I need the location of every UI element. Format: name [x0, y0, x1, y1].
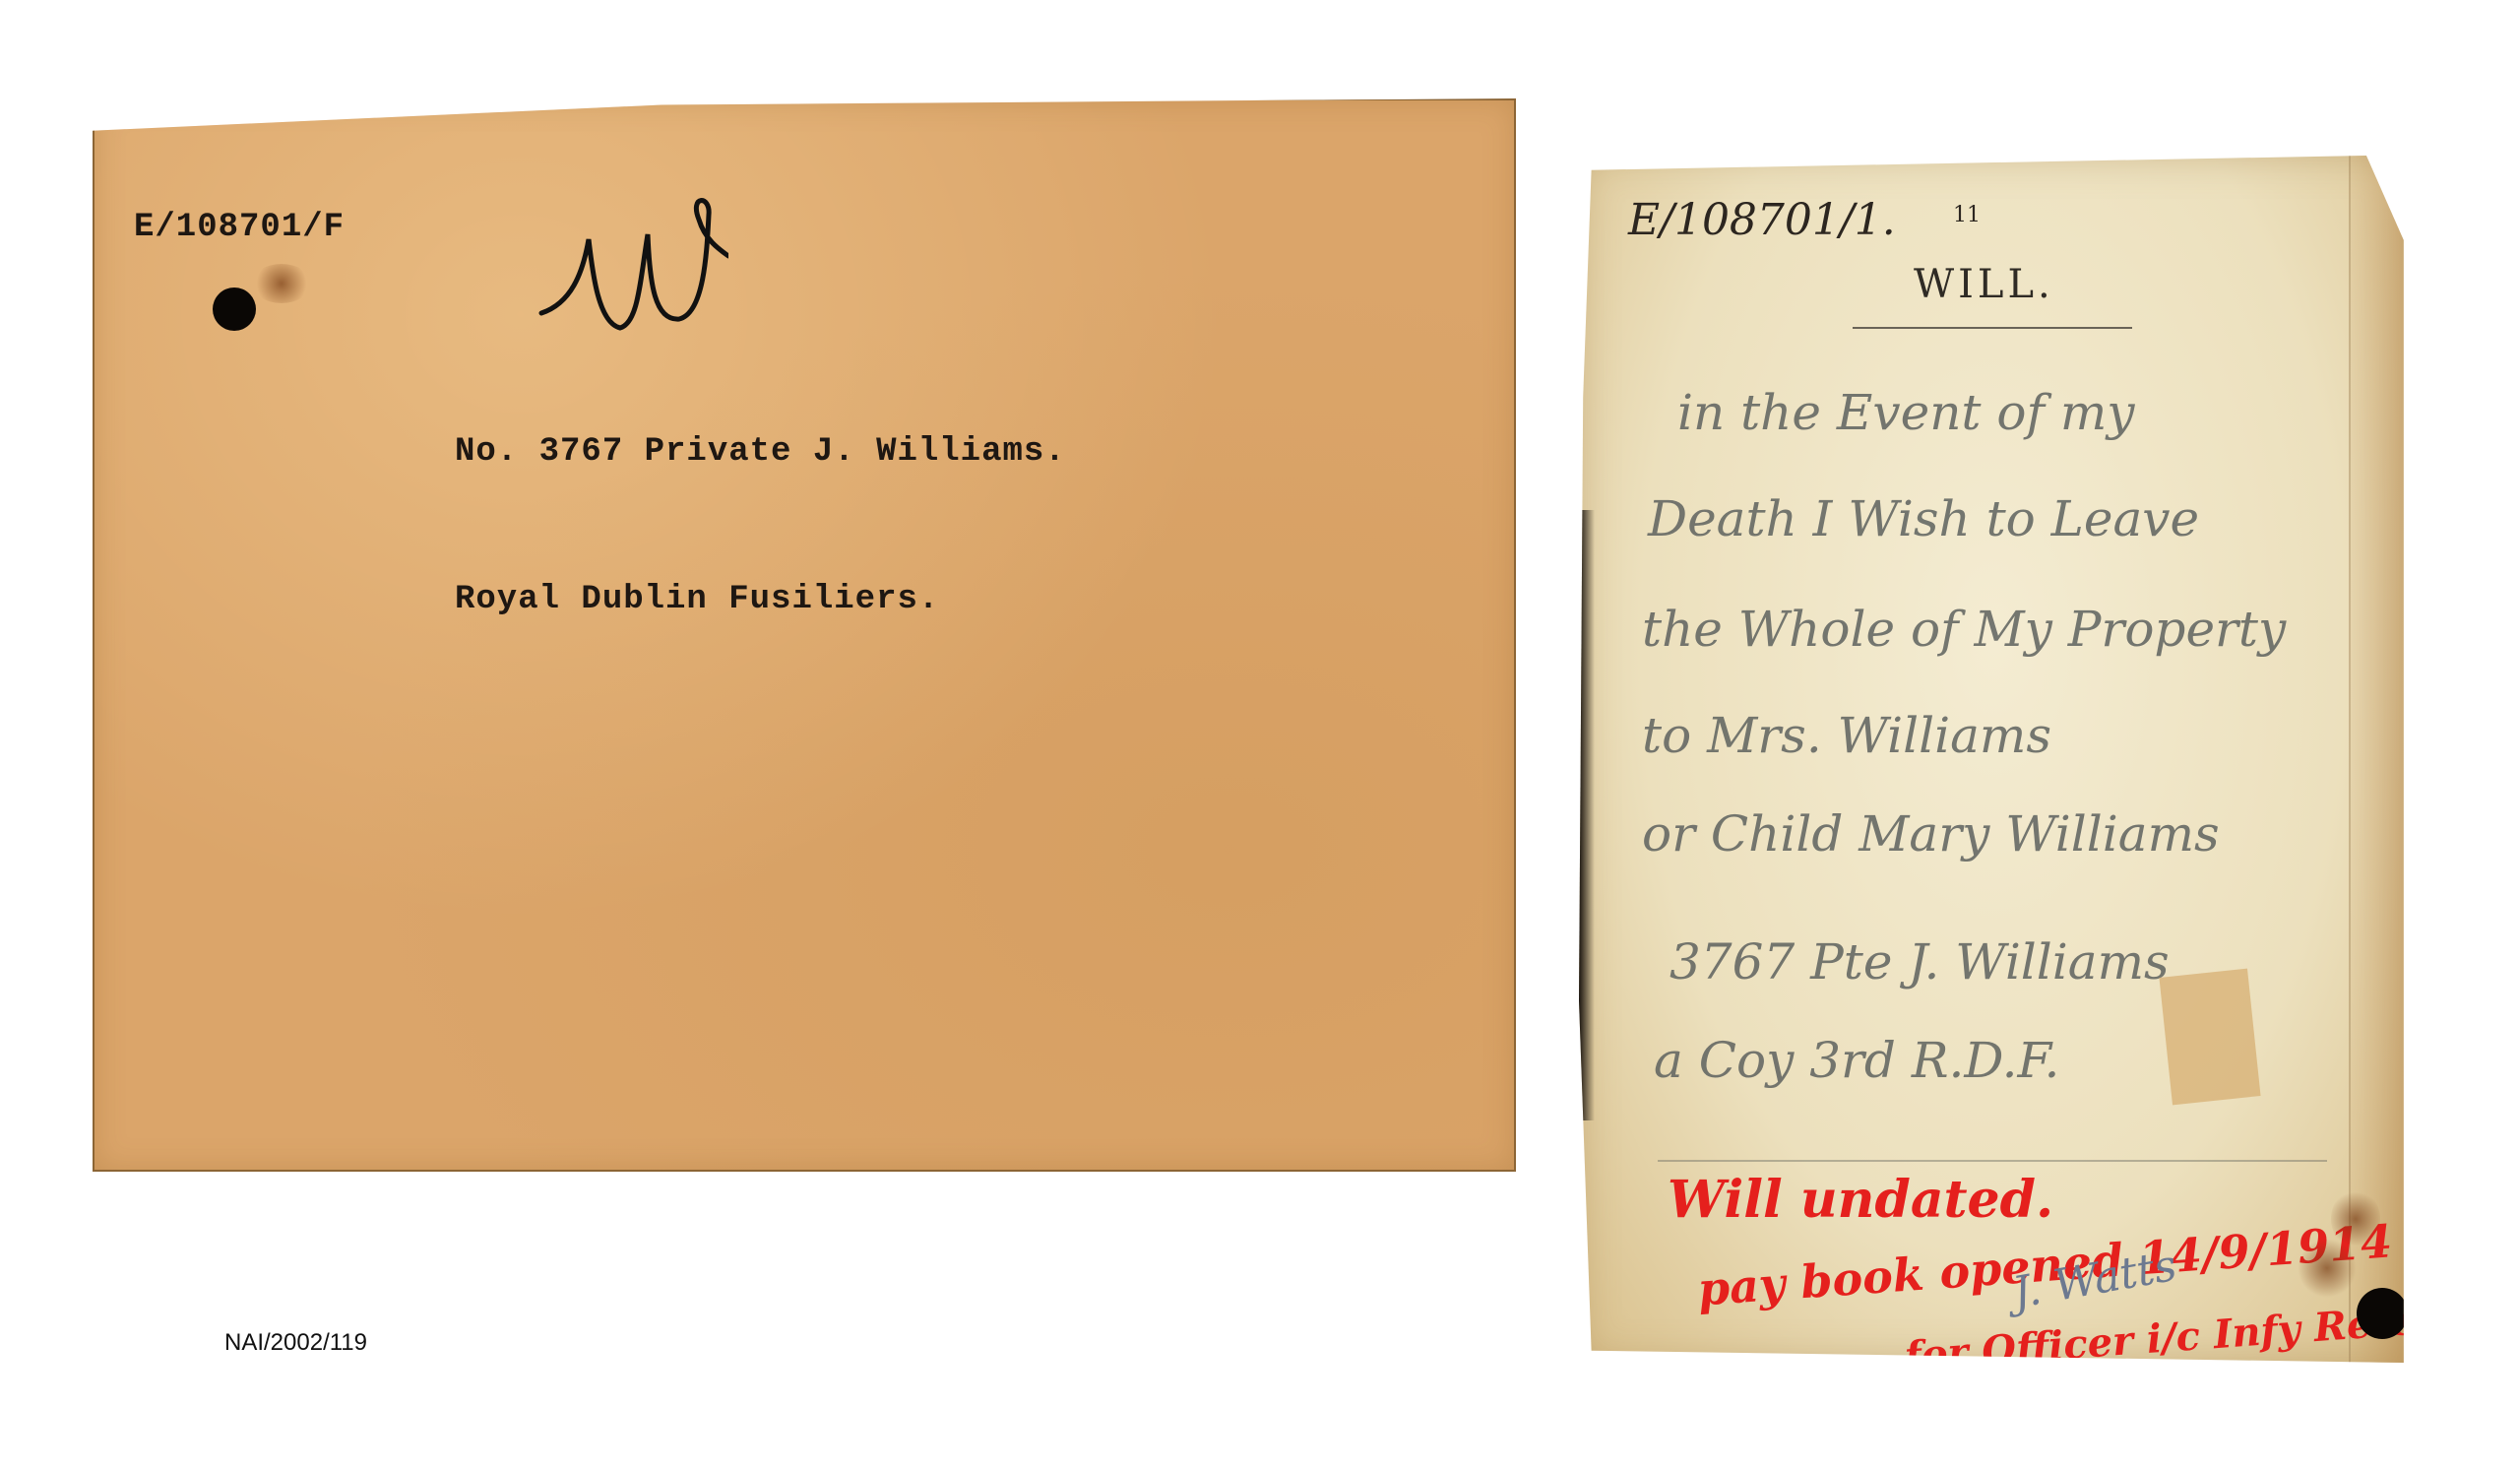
pencil-line: a Coy 3rd R.D.F.: [1654, 1032, 2059, 1089]
red-annotation: for Officer i/c Infy Recs: [1903, 1298, 2420, 1379]
pencil-line: 3767 Pte J. Williams: [1669, 933, 2170, 991]
soldier-name-line: No. 3767 Private J. Williams.: [455, 433, 1066, 471]
punch-hole: [213, 288, 256, 331]
page-number: 11: [1953, 203, 1981, 227]
handwritten-initial-w: [532, 195, 728, 333]
will-card: E/108701/1. 11 WILL. in the Event of my …: [1579, 156, 2408, 1363]
handwritten-reference: E/108701/1.: [1628, 195, 1896, 245]
title-underline: [1853, 327, 2132, 329]
burn-mark: [2298, 1239, 2357, 1298]
card-fold-line: [2349, 156, 2351, 1363]
pencil-line: the Whole of My Property: [1642, 601, 2286, 658]
pencil-line: to Mrs. Williams: [1642, 707, 2051, 764]
card-left-edge-shadow: [1579, 510, 1595, 1120]
pencil-line: Death I Wish to Leave: [1648, 490, 2199, 547]
red-annotation: Will undated.: [1668, 1170, 2053, 1230]
regiment-line: Royal Dublin Fusiliers.: [455, 581, 939, 618]
card-edge-stain: [2349, 156, 2408, 1363]
burn-mark: [2331, 1189, 2380, 1248]
burn-mark: [252, 264, 311, 303]
pencil-line: in the Event of my: [1677, 384, 2135, 441]
punch-hole: [2357, 1288, 2408, 1339]
archive-reference: NAI/2002/119: [224, 1329, 367, 1357]
will-title: WILL.: [1914, 262, 2054, 307]
envelope-reference: E/108701/F: [134, 209, 345, 246]
pencil-line: or Child Mary Williams: [1642, 805, 2220, 863]
tape-residue: [2159, 969, 2260, 1106]
signature-rule: [1658, 1160, 2327, 1162]
envelope: E/108701/F No. 3767 Private J. Williams.…: [93, 98, 1516, 1172]
